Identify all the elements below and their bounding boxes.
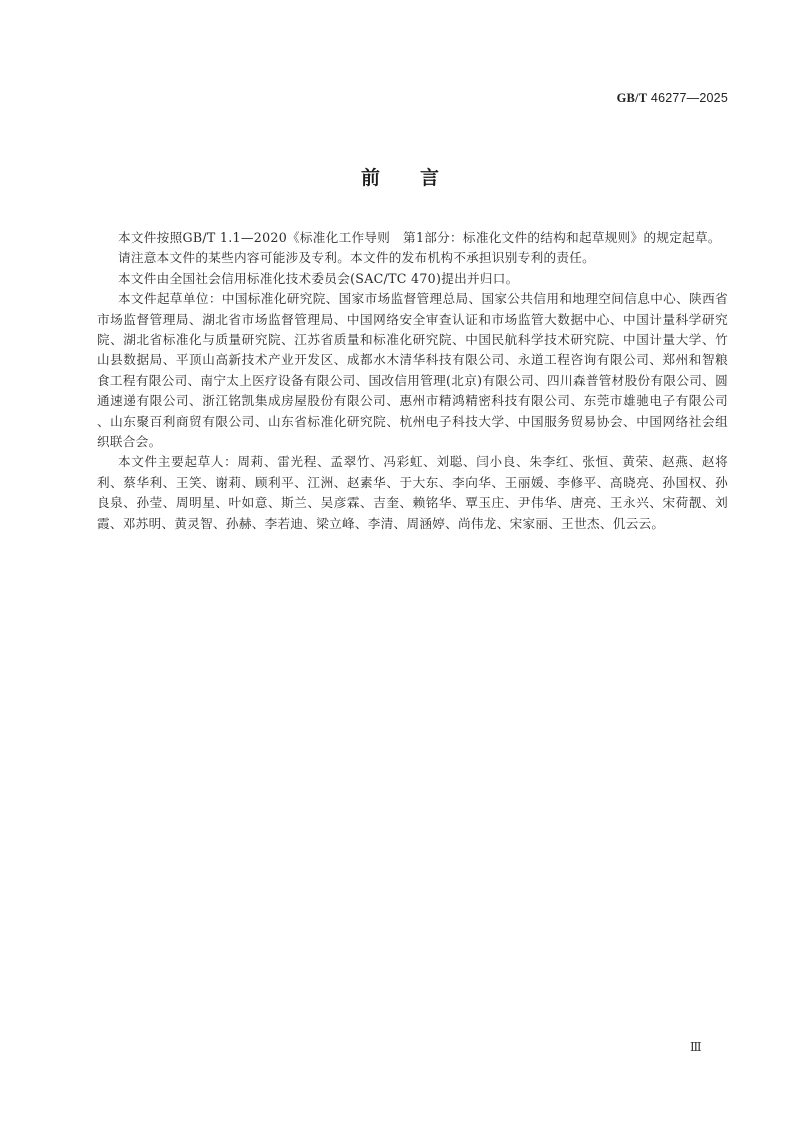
paragraph-drafting-rules: 本文件按照GB/T 1.1—2020《标准化工作导则 第1部分：标准化文件的结构… bbox=[97, 228, 728, 248]
page-number: Ⅲ bbox=[690, 1040, 702, 1055]
paragraph-patent-notice: 请注意本文件的某些内容可能涉及专利。本文件的发布机构不承担识别专利的责任。 bbox=[97, 248, 728, 268]
standard-number: 46277—2025 bbox=[651, 91, 728, 105]
paragraph-proposer: 本文件由全国社会信用标准化技术委员会(SAC/TC 470)提出并归口。 bbox=[97, 269, 728, 289]
paragraph-drafting-units: 本文件起草单位：中国标准化研究院、国家市场监督管理总局、国家公共信用和地理空间信… bbox=[97, 289, 728, 452]
page-title: 前言 bbox=[0, 163, 800, 190]
standard-prefix: GB/T bbox=[617, 91, 648, 105]
foreword-body: 本文件按照GB/T 1.1—2020《标准化工作导则 第1部分：标准化文件的结构… bbox=[97, 228, 728, 534]
paragraph-main-drafters: 本文件主要起草人：周莉、雷光程、孟翠竹、冯彩虹、刘聪、闫小良、朱李红、张恒、黄荣… bbox=[97, 452, 728, 534]
standard-code: GB/T 46277—2025 bbox=[617, 91, 728, 106]
